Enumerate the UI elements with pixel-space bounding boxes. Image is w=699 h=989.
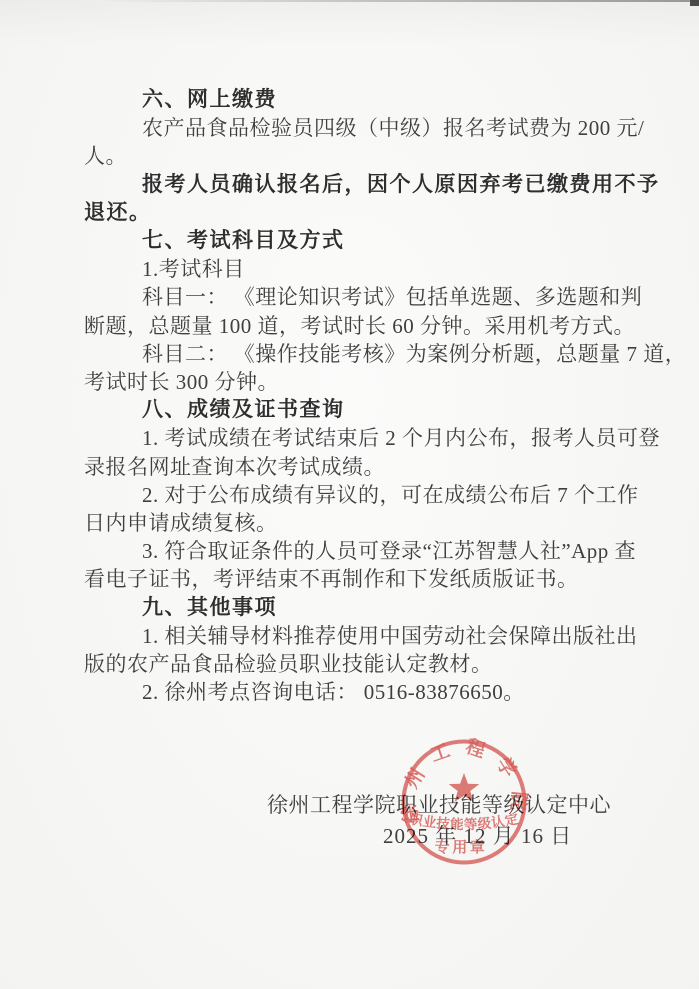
scan-edge-artifact — [100, 0, 699, 2]
text-line: 日内申请成绩复核。 — [84, 509, 611, 537]
text-line: 断题，总题量 100 道，考试时长 60 分钟。采用机考方式。 — [84, 312, 611, 340]
text-line: 科目二： 《操作技能考核》为案例分析题，总题量 7 道， — [84, 340, 611, 368]
text-line: 2. 徐州考点咨询电话： 0516-83876650。 — [84, 678, 611, 706]
text-line: 八、成绩及证书查询 — [84, 396, 611, 424]
text-line: 1. 相关辅导材料推荐使用中国劳动社会保障出版社出 — [84, 622, 611, 650]
scan-corner-artifact — [690, 0, 699, 6]
text-line: 九、其他事项 — [84, 594, 611, 622]
text-line: 科目一： 《理论知识考试》包括单选题、多选题和判 — [84, 283, 611, 311]
scanned-document-page: 六、网上缴费农产品食品检验员四级（中级）报名考试费为 200 元/人。报考人员确… — [0, 0, 699, 989]
official-seal: 徐州工程学院 职业技能等级认定 专用章 — [379, 717, 549, 887]
text-line: 2. 对于公布成绩有异议的，可在成绩公布后 7 个工作 — [84, 481, 611, 509]
text-line: 考试时长 300 分钟。 — [84, 368, 611, 396]
text-line: 农产品食品检验员四级（中级）报名考试费为 200 元/ — [84, 114, 611, 142]
star-icon — [449, 773, 479, 802]
document-body: 六、网上缴费农产品食品检验员四级（中级）报名考试费为 200 元/人。报考人员确… — [84, 86, 611, 706]
text-line: 七、考试科目及方式 — [84, 227, 611, 255]
text-line: 1. 考试成绩在考试结束后 2 个月内公布，报考人员可登 — [84, 424, 611, 452]
text-line: 退还。 — [84, 199, 611, 227]
text-line: 1.考试科目 — [84, 255, 611, 283]
text-line: 人。 — [84, 142, 611, 170]
text-line: 录报名网址查询本次考试成绩。 — [84, 453, 611, 481]
seal-bottom-text: 专用章 — [435, 838, 488, 856]
text-line: 3. 符合取证条件的人员可登录“江苏智慧人社”App 查 — [84, 537, 611, 565]
seal-middle-text: 职业技能等级认定 — [408, 810, 520, 832]
text-line: 看电子证书，考评结束不再制作和下发纸质版证书。 — [84, 565, 611, 593]
text-line: 版的农产品食品检验员职业技能认定教材。 — [84, 650, 611, 678]
text-line: 报考人员确认报名后，因个人原因弃考已缴费用不予 — [84, 171, 611, 199]
text-line: 六、网上缴费 — [84, 86, 611, 114]
